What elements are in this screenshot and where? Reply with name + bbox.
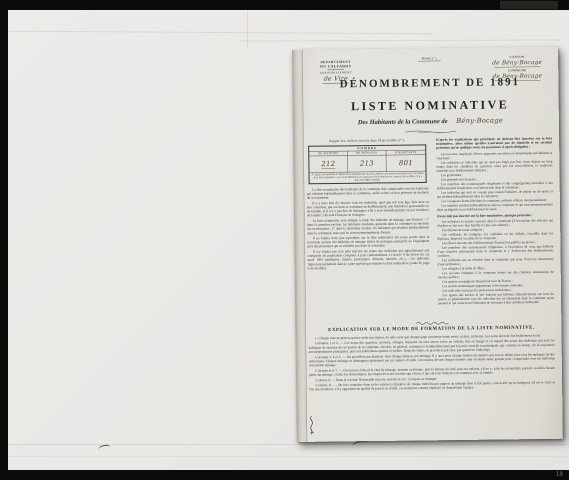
paragraph: Il y a donc lieu d'y inscrire tous les i… — [307, 200, 429, 218]
scanned-census-page: 10 DÉPARTEMENT DU CALVADOS ARRONDISSEMEN… — [0, 0, 569, 480]
explanation-section: EXPLICATION SUR LE MODE DE FORMATION DE … — [308, 325, 555, 393]
rule — [494, 66, 540, 67]
paragraph: Il ne faudra donc pas reproduire sur la … — [307, 235, 429, 249]
list-title: LISTE NOMINATIVE — [309, 98, 552, 114]
fold-line — [8, 444, 569, 445]
fold-line — [8, 456, 569, 457]
recap-value-menages: 213 — [360, 159, 374, 167]
census-title: DÉNOMBREMENT DE 1891 — [308, 75, 551, 91]
frame-corner-mark: 10 — [556, 471, 563, 478]
list-item: Les malades résidant habituellement dans… — [437, 203, 553, 212]
paragraph: La liste nominative sera rédigée à l'aid… — [307, 218, 429, 236]
recap-caption: Rappel des chiffres inscrits dans l'État… — [306, 138, 428, 143]
fold-line — [247, 11, 248, 47]
underline-flourish — [309, 126, 552, 138]
ink-flourish — [307, 415, 315, 438]
recap-value-maisons: 212 — [321, 160, 335, 169]
census-form-document: DÉPARTEMENT DU CALVADOS ARRONDISSEMENT d… — [292, 47, 563, 442]
list-item: Les agents des navires et des stations q… — [438, 292, 554, 305]
film-frame-smudge — [500, 1, 558, 9]
subtitle-handwritten: Bény-Bocage — [456, 116, 503, 125]
subtitle-label: Des Habitants de la Commune de — [358, 117, 448, 126]
right-instruction-column: D'après les explications qui précèdent, … — [436, 137, 554, 306]
recap-note: À chaque recensement, le Maire devra s'a… — [309, 171, 426, 183]
paragraph: Colonne 11. — On fera connaître dans cet… — [309, 381, 555, 392]
list-item: Les militaires et individus qui ne sont … — [436, 160, 552, 173]
include-intro: D'après les explications qui précèdent, … — [436, 137, 552, 151]
recap-table: NOMBRE DE MAISONS DE MÉNAGES D'HABITANTS… — [308, 144, 426, 184]
department-value: DU CALVADOS — [306, 64, 365, 69]
paragraph: Il n'y faudra pas non plus inscrire les … — [307, 249, 429, 271]
left-instruction-column: Rappel des chiffres inscrits dans l'État… — [306, 138, 430, 307]
list-item: Les membres des communautés religieuses,… — [437, 245, 553, 258]
canton-handwritten: de Bény-Bocage — [483, 59, 552, 66]
recap-value-habitants: 801 — [399, 159, 413, 167]
exclude-heading: On ne doit pas inscrire sur la liste nom… — [437, 213, 553, 218]
paragraph: La liste nominative des habitants de la … — [307, 187, 429, 201]
subtitle: Des Habitants de la Commune de Bény-Boca… — [309, 116, 552, 127]
